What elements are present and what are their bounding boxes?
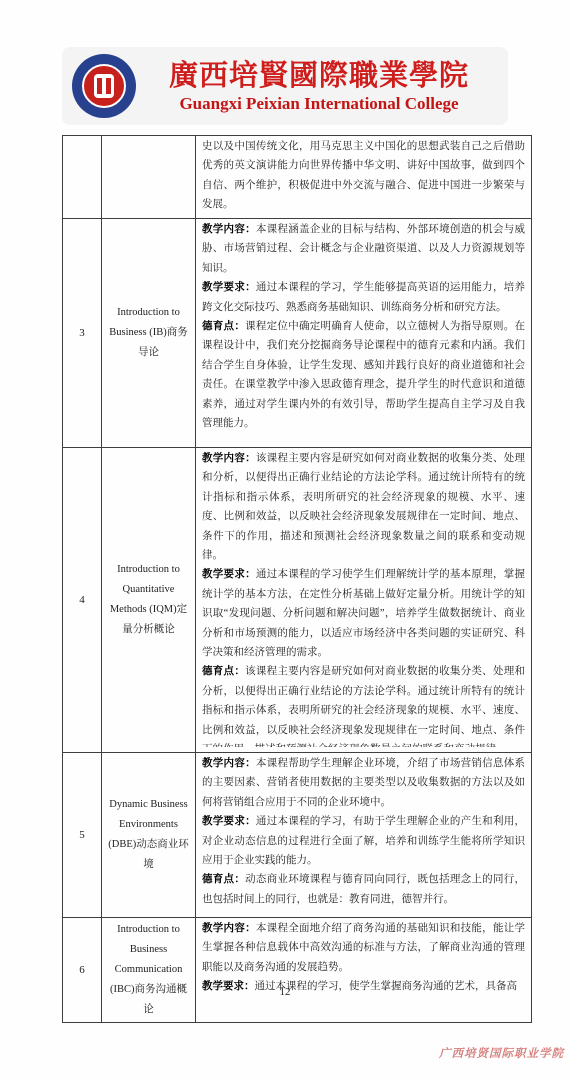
course-detail-text: 教学内容：本课程帮助学生理解企业环境，介绍了市场营销信息体系的主要因素、营销者使… <box>202 754 525 909</box>
book-icon <box>94 74 114 98</box>
row-number-cell: 5 <box>63 753 102 918</box>
row-number-cell: 4 <box>63 448 102 753</box>
row-number-cell <box>63 136 102 219</box>
section-label: 教学内容： <box>202 923 256 934</box>
course-detail-cell: 教学内容：该课程主要内容是研究如何对商业数据的收集分类、处理和分析，以便得出正确… <box>196 448 532 753</box>
course-section: 德育点：该课程主要内容是研究如何对商业数据的收集分类、处理和分析，以便得出正确行… <box>202 662 525 747</box>
course-section: 教学内容：本课程全面地介绍了商务沟通的基础知识和技能，能让学生掌握各种信息载体中… <box>202 919 525 977</box>
college-title-english: Guangxi Peixian International College <box>136 94 502 114</box>
course-detail-text: 教学内容：本课程全面地介绍了商务沟通的基础知识和技能，能让学生掌握各种信息载体中… <box>202 919 525 997</box>
section-text: 通过本课程的学习使学生们理解统计学的基本原理，掌握统计学的基本方法，在定性分析基… <box>202 569 525 658</box>
section-label: 教学要求： <box>202 816 256 827</box>
course-detail-text: 教学内容：该课程主要内容是研究如何对商业数据的收集分类、处理和分析，以便得出正确… <box>202 449 525 747</box>
row-number-cell: 3 <box>63 219 102 448</box>
section-label: 教学要求： <box>202 282 256 293</box>
table-row: 6 Introduction to Business Communication… <box>63 918 532 1023</box>
section-label: 德育点： <box>202 874 245 885</box>
course-name-cell <box>102 136 196 219</box>
college-watermark: 广西培贤国际职业学院 <box>439 1045 564 1061</box>
table-row: 4 Introduction to Quantitative Methods (… <box>63 448 532 753</box>
college-header-banner: 廣西培賢國際職業學院 Guangxi Peixian International… <box>62 47 508 125</box>
course-detail-cell: 教学内容：本课程帮助学生理解企业环境，介绍了市场营销信息体系的主要因素、营销者使… <box>196 753 532 918</box>
table-row: 5 Dynamic Business Environments (DBE)动态商… <box>63 753 532 918</box>
college-seal-icon <box>72 54 136 118</box>
course-detail-cell: 史以及中国传统文化，用马克思主义中国化的思想武装自己之后借助优秀的英文演讲能力向… <box>196 136 532 219</box>
college-title-chinese: 廣西培賢國際職業學院 <box>136 59 502 93</box>
section-label: 教学要求： <box>202 569 256 580</box>
course-name-cell: Introduction to Quantitative Methods (IQ… <box>102 448 196 753</box>
section-label: 教学内容： <box>202 758 256 769</box>
section-label: 教学内容： <box>202 453 256 464</box>
section-label: 德育点： <box>202 666 245 677</box>
course-section: 教学要求：通过本课程的学习，有助于学生理解企业的产生和利用，对企业动态信息的过程… <box>202 812 525 870</box>
row-number-cell: 6 <box>63 918 102 1023</box>
course-section: 教学内容：该课程主要内容是研究如何对商业数据的收集分类、处理和分析，以便得出正确… <box>202 449 525 565</box>
page-number: 12 <box>0 986 570 998</box>
section-label: 德育点： <box>202 321 245 332</box>
course-detail-cell: 教学内容：本课程全面地介绍了商务沟通的基础知识和技能，能让学生掌握各种信息载体中… <box>196 918 532 1023</box>
course-section: 教学要求：通过本课程的学习使学生们理解统计学的基本原理，掌握统计学的基本方法，在… <box>202 565 525 662</box>
section-text: 动态商业环境课程与德育同向同行，既包括理念上的同行，也包括时间上的同行，也就是：… <box>202 874 525 904</box>
section-text: 课程定位中确定明确育人使命，以立德树人为指导原则。在课程设计中，我们充分挖掘商务… <box>202 321 525 429</box>
course-detail-text: 教学内容：本课程涵盖企业的目标与结构、外部环境创造的机会与威胁、市场营销过程、会… <box>202 220 525 433</box>
course-section: 教学要求：通过本课程的学习，学生能够提高英语的运用能力，培养跨文化交际技巧、熟悉… <box>202 278 525 317</box>
course-section: 教学内容：本课程帮助学生理解企业环境，介绍了市场营销信息体系的主要因素、营销者使… <box>202 754 525 812</box>
section-text: 该课程主要内容是研究如何对商业数据的收集分类、处理和分析，以便得出正确行业结论的… <box>202 453 525 561</box>
section-text: 史以及中国传统文化，用马克思主义中国化的思想武装自己之后借助优秀的英文演讲能力向… <box>202 141 525 210</box>
course-name-cell: Introduction to Business (IB)商务导论 <box>102 219 196 448</box>
course-section: 德育点：动态商业环境课程与德育同向同行，既包括理念上的同行，也包括时间上的同行，… <box>202 870 525 909</box>
section-label: 教学内容： <box>202 224 256 235</box>
course-name-cell: Dynamic Business Environments (DBE)动态商业环… <box>102 753 196 918</box>
section-text: 该课程主要内容是研究如何对商业数据的收集分类、处理和分析，以便得出正确行业结论的… <box>202 666 525 747</box>
course-name-cell: Introduction to Business Communication (… <box>102 918 196 1023</box>
table-row-continuation: 史以及中国传统文化，用马克思主义中国化的思想武装自己之后借助优秀的英文演讲能力向… <box>63 136 532 219</box>
college-titles: 廣西培賢國際職業學院 Guangxi Peixian International… <box>136 59 508 114</box>
course-detail-text: 史以及中国传统文化，用马克思主义中国化的思想武装自己之后借助优秀的英文演讲能力向… <box>202 137 525 214</box>
course-section: 史以及中国传统文化，用马克思主义中国化的思想武装自己之后借助优秀的英文演讲能力向… <box>202 137 525 214</box>
document-page: 廣西培賢國際職業學院 Guangxi Peixian International… <box>0 0 570 1080</box>
course-section: 教学内容：本课程涵盖企业的目标与结构、外部环境创造的机会与威胁、市场营销过程、会… <box>202 220 525 278</box>
seal-inner-circle <box>82 64 126 108</box>
table-row: 3 Introduction to Business (IB)商务导论 教学内容… <box>63 219 532 448</box>
course-section: 德育点：课程定位中确定明确育人使命，以立德树人为指导原则。在课程设计中，我们充分… <box>202 317 525 433</box>
course-description-table: 史以及中国传统文化，用马克思主义中国化的思想武装自己之后借助优秀的英文演讲能力向… <box>62 135 532 1023</box>
course-detail-cell: 教学内容：本课程涵盖企业的目标与结构、外部环境创造的机会与威胁、市场营销过程、会… <box>196 219 532 448</box>
